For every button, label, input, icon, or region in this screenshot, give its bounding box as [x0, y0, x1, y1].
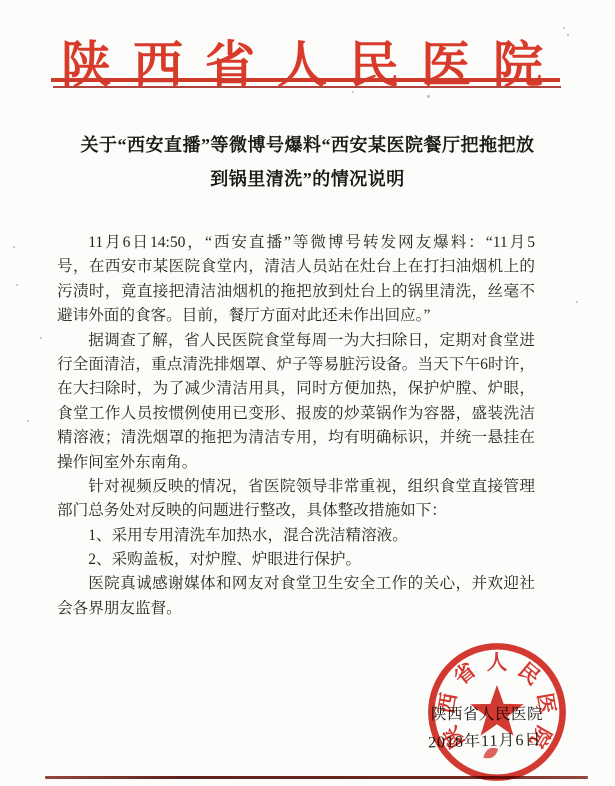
- seal-star-icon: [470, 685, 523, 736]
- text-line: 针对视频反映的情况，省医院领导非常重视，组织食堂直接管理: [57, 475, 535, 499]
- scan-speckle: [576, 301, 578, 303]
- text-line: 食堂工作人员按惯例使用已变形、报废的炒菜锅作为容器，盛装洗洁: [57, 402, 535, 426]
- document-title: 关于“西安直播”等微博号爆料“西安某医院餐厅把拖把放 到锅里清洗”的情况说明: [0, 128, 615, 196]
- text-line: 在大扫除时，为了减少清洁用具，同时方便加热，保护炉膛、炉眼，: [57, 377, 535, 401]
- scan-speckle: [13, 246, 15, 248]
- paragraph: 医院真诚感谢媒体和网友对食堂卫生安全工作的关心，并欢迎社会各界朋友监督。: [57, 572, 535, 621]
- seal-char: 西: [435, 691, 461, 716]
- paragraph: 2、采购盖板，对炉膛、炉眼进行保护。: [57, 548, 535, 572]
- scan-speckle: [352, 91, 354, 93]
- letterhead-rule-thick: [51, 78, 560, 82]
- text-line: 行全面清洁，重点清洗排烟罩、炉子等易脏污设备。当天下午6时许，: [57, 353, 535, 377]
- text-line: 号，在西安市某医院食堂内，清洁人员站在灶台上在打扫油烟机上的: [57, 255, 535, 279]
- paragraph: 针对视频反映的情况，省医院领导非常重视，组织食堂直接管理部门总务处对反映的问题进…: [57, 475, 535, 524]
- text-line: 11月6日14:50，“西安直播”等微博号转发网友爆料：“11月5: [57, 231, 535, 255]
- text-line: 会各界朋友监督。: [57, 597, 535, 621]
- document-body: 11月6日14:50，“西安直播”等微博号转发网友爆料：“11月5号，在西安市某…: [57, 231, 535, 621]
- document-title-line-1: 关于“西安直播”等微博号爆料“西安某医院餐厅把拖把放: [0, 128, 615, 162]
- text-line: 据调查了解，省人民医院食堂每周一为大扫除日，定期对食堂进: [57, 329, 535, 353]
- text-line: 部门总务处对反映的问题进行整改，具体整改措施如下：: [57, 499, 535, 523]
- official-seal-icon: 陕 西 省 人 民 医 院: [422, 637, 572, 786]
- text-line: 避讳外面的食客。目前，餐厅方面对此还未作出回应。”: [57, 304, 535, 328]
- paragraph: 1、采用专用清洗车加热水，混合洗洁精溶液。: [57, 524, 535, 548]
- text-line: 2、采购盖板，对炉膛、炉眼进行保护。: [57, 548, 535, 572]
- text-line: 精溶液；清洗烟罩的拖把为清洁专用，均有明确标识，并统一悬挂在: [57, 426, 535, 450]
- scan-speckle: [567, 34, 569, 36]
- seal-char: 医: [533, 691, 559, 716]
- scan-speckle: [427, 95, 430, 98]
- letterhead-rule-thin: [53, 86, 561, 88]
- paragraph: 据调查了解，省人民医院食堂每周一为大扫除日，定期对食堂进行全面清洁，重点清洗排烟…: [57, 329, 535, 475]
- seal-char: 人: [487, 651, 508, 674]
- text-line: 医院真诚感谢媒体和网友对食堂卫生安全工作的关心，并欢迎社: [57, 572, 535, 596]
- scan-speckle: [563, 27, 565, 29]
- scan-speckle: [16, 284, 18, 286]
- text-line: 污渍时，竟直接把清洁油烟机的拖把放到灶台上的锅里清洗，丝毫不: [57, 280, 535, 304]
- scan-speckle: [27, 420, 29, 422]
- scan-speckle: [40, 337, 42, 339]
- seal-flourish: [481, 746, 500, 760]
- text-line: 操作间室外东南角。: [57, 451, 535, 475]
- document-title-line-2: 到锅里清洗”的情况说明: [0, 162, 615, 196]
- text-line: 1、采用专用清洗车加热水，混合洗洁精溶液。: [57, 524, 535, 548]
- paragraph: 11月6日14:50，“西安直播”等微博号转发网友爆料：“11月5号，在西安市某…: [57, 231, 535, 329]
